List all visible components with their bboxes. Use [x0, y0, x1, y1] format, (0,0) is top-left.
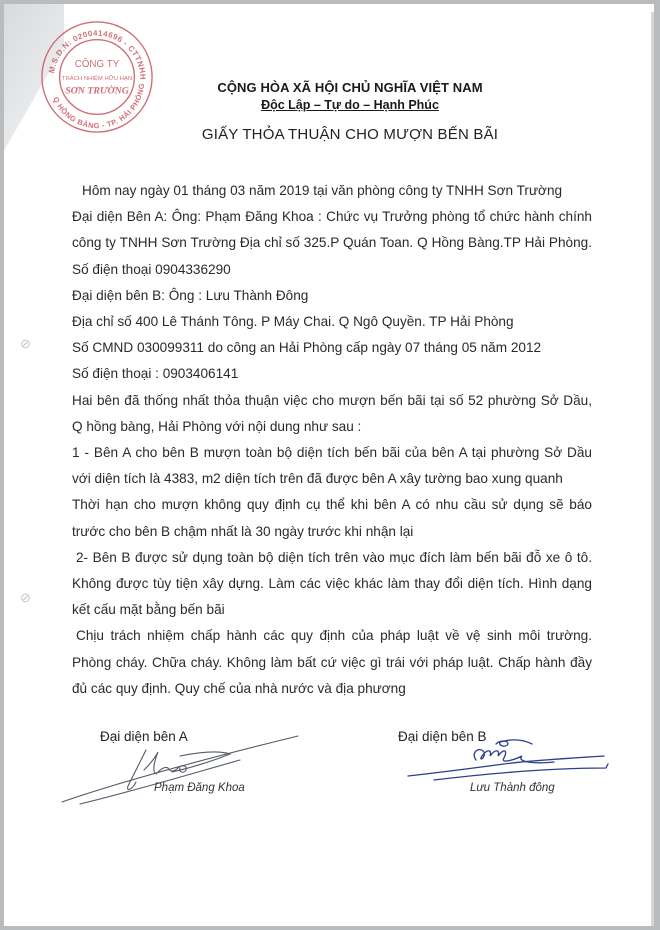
- punch-hole-mark-icon: ⊘: [20, 336, 34, 348]
- paragraph-date: Hôm nay ngày 01 tháng 03 năm 2019 tại vă…: [72, 178, 592, 204]
- paragraph-responsibility: Chịu trách nhiệm chấp hành các quy định …: [72, 623, 592, 702]
- paragraph-party-b-id: Số CMND 030099311 do công an Hải Phòng c…: [72, 335, 592, 361]
- svg-text:TRÁCH NHIỆM HỮU HẠN: TRÁCH NHIỆM HỮU HẠN: [62, 74, 132, 82]
- company-stamp-icon: M.S.D.N: 0200414696 - CTTNHH Q HỒNG BÀNG…: [38, 18, 156, 136]
- paragraph-term: Thời hạn cho mượn không quy định cụ thể …: [72, 492, 592, 544]
- svg-text:CÔNG TY: CÔNG TY: [75, 59, 120, 70]
- paragraph-party-b-address: Địa chỉ số 400 Lê Thánh Tông. P Máy Chai…: [72, 309, 592, 335]
- svg-text:M.S.D.N: 0200414696 - CTTNHH: M.S.D.N: 0200414696 - CTTNHH: [47, 29, 147, 81]
- party-b-name: Lưu Thành đông: [470, 782, 555, 794]
- national-motto: Độc Lập – Tự do – Hạnh Phúc: [170, 98, 530, 112]
- national-title: CỘNG HÒA XÃ HỘI CHỦ NGHĨA VIỆT NAM: [170, 80, 530, 95]
- paragraph-clause-2: 2- Bên B được sử dụng toàn bộ diện tích …: [72, 545, 592, 624]
- svg-text:SƠN TRƯỜNG: SƠN TRƯỜNG: [65, 85, 129, 97]
- document-body: Hôm nay ngày 01 tháng 03 năm 2019 tại vă…: [72, 178, 592, 702]
- page-edge-shadow: [651, 12, 654, 926]
- paragraph-party-b: Đại diện bên B: Ông : Lưu Thành Đông: [72, 283, 592, 309]
- paragraph-party-b-phone: Số điện thoại : 0903406141: [72, 361, 592, 387]
- party-b-signature-icon: [404, 738, 624, 784]
- document-title: GIẤY THỎA THUẬN CHO MƯỢN BẾN BÃI: [170, 126, 530, 143]
- punch-hole-mark-icon: ⊘: [20, 590, 34, 602]
- paragraph-party-a: Đại diện Bên A: Ông: Phạm Đăng Khoa : Ch…: [72, 204, 592, 283]
- paragraph-clause-1: 1 - Bên A cho bên B mượn toàn bộ diện tí…: [72, 440, 592, 492]
- scanned-document-page: M.S.D.N: 0200414696 - CTTNHH Q HỒNG BÀNG…: [4, 4, 654, 926]
- party-a-signature-icon: [60, 732, 300, 808]
- party-a-name: Phạm Đăng Khoa: [154, 782, 245, 794]
- paragraph-agreement: Hai bên đã thống nhất thỏa thuận việc ch…: [72, 388, 592, 440]
